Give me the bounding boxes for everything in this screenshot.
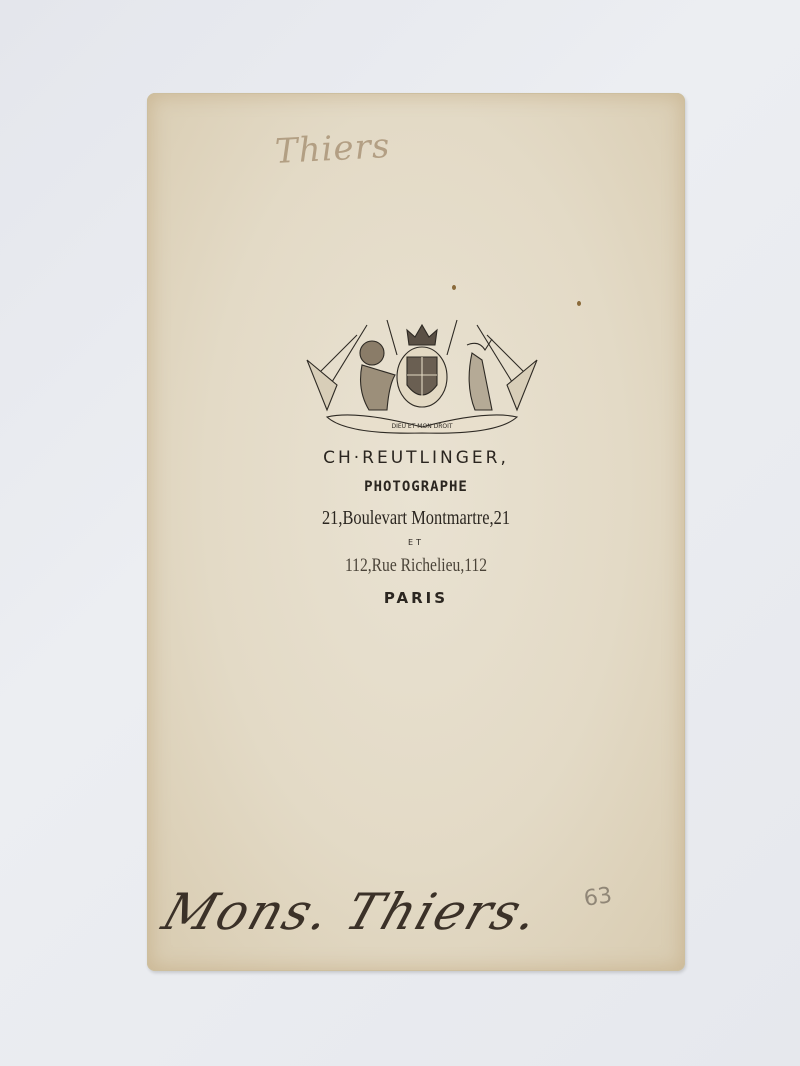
pencil-number: 63 [582, 883, 613, 912]
studio-profession: PHOTOGRAPHE [147, 479, 685, 495]
ink-inscription: Mons. Thiers. [156, 883, 548, 941]
carte-de-visite-card: Thiers DIEU ET MON DROIT [147, 93, 685, 971]
coat-of-arms-icon: DIEU ET MON DROIT [297, 315, 547, 437]
studio-name: CH·REUTLINGER, [147, 448, 685, 468]
foxing-spot [452, 285, 456, 290]
studio-city: PARIS [147, 589, 685, 607]
svg-text:DIEU ET MON DROIT: DIEU ET MON DROIT [391, 423, 452, 430]
address-conjunction: ET [147, 538, 685, 547]
foxing-spot [577, 301, 581, 306]
studio-address-2: 112,Rue Richelieu,112 [195, 555, 636, 577]
pencil-note-top: Thiers [274, 126, 391, 172]
studio-address-1: 21,Boulevart Montmartre,21 [195, 507, 636, 530]
